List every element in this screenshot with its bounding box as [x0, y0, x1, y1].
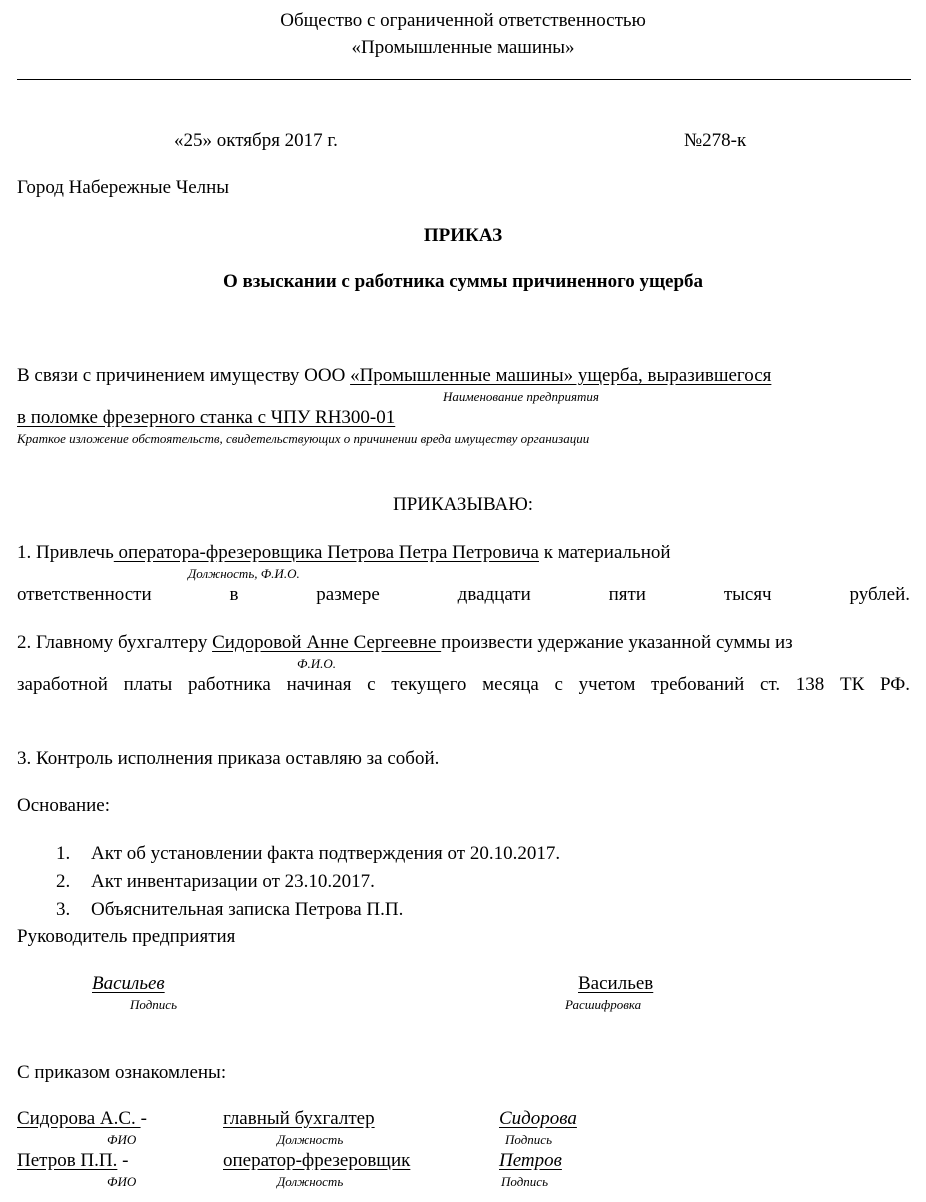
org-name-line1: Общество с ограниченной ответственностью: [0, 10, 926, 32]
intro-line: В связи с причинением имуществу ООО «Про…: [17, 365, 771, 387]
acquainted-name: Сидорова А.С. -: [17, 1108, 147, 1130]
item-1-person: оператора-фрезеровщика Петрова Петра Пет…: [114, 542, 539, 563]
signer-signature: Васильев: [92, 973, 165, 995]
basis-item-text: Акт инвентаризации от 23.10.2017.: [91, 871, 375, 893]
company-caption: Наименование предприятия: [443, 389, 599, 405]
order-number: №278-к: [684, 130, 746, 152]
sign-caption: Подпись: [501, 1174, 548, 1190]
document-title: ПРИКАЗ: [0, 225, 926, 247]
order-date: «25» октября 2017 г.: [174, 130, 338, 152]
basis-item: 2.: [56, 871, 70, 893]
signer-role: Руководитель предприятия: [17, 926, 235, 948]
item-1-line2: ответственности в размере двадцати пяти …: [17, 584, 910, 606]
signature-caption: Подпись: [130, 997, 177, 1013]
circumstances-field: в поломке фрезерного станка с ЧПУ RH300-…: [17, 407, 395, 429]
basis-item-number: 2.: [56, 871, 70, 892]
position-caption: Должность: [277, 1132, 343, 1148]
acquainted-name-value: Сидорова А.С.: [17, 1108, 141, 1129]
basis-item: 3.: [56, 899, 70, 921]
position-caption: Должность: [277, 1174, 343, 1190]
item-1-suffix: к материальной: [539, 542, 671, 563]
basis-item: 1.: [56, 843, 70, 865]
basis-item-number: 1.: [56, 843, 70, 864]
order-word: ПРИКАЗЫВАЮ:: [0, 494, 926, 516]
item-1-prefix: 1. Привлечь: [17, 542, 114, 563]
decode-caption: Расшифровка: [565, 997, 641, 1013]
header-divider: [17, 79, 911, 80]
city: Город Набережные Челны: [17, 177, 229, 199]
org-name-line2: «Промышленные машины»: [0, 37, 926, 59]
acquainted-signature: Сидорова: [499, 1108, 577, 1130]
dash: -: [117, 1150, 128, 1171]
item-2-person: Сидоровой Анне Сергеевне: [212, 632, 441, 653]
basis-label: Основание:: [17, 795, 110, 817]
name-caption: ФИО: [107, 1174, 136, 1190]
item-2-caption: Ф.И.О.: [297, 656, 336, 672]
intro-prefix: В связи с причинением имуществу ООО: [17, 365, 350, 386]
dash: -: [141, 1108, 147, 1129]
item-2-line1: 2. Главному бухгалтеру Сидоровой Анне Се…: [17, 632, 793, 654]
item-3: 3. Контроль исполнения приказа оставляю …: [17, 748, 439, 770]
basis-item-number: 3.: [56, 899, 70, 920]
item-2-prefix: 2. Главному бухгалтеру: [17, 632, 212, 653]
sign-caption: Подпись: [505, 1132, 552, 1148]
document-subtitle: О взыскании с работника суммы причиненно…: [0, 271, 926, 293]
basis-item-text: Акт об установлении факта подтверждения …: [91, 843, 560, 865]
item-2-suffix: произвести удержание указанной суммы из: [441, 632, 792, 653]
acquainted-name: Петров П.П. -: [17, 1150, 128, 1172]
circumstances-caption: Краткое изложение обстоятельств, свидете…: [17, 431, 589, 447]
item-1-line1: 1. Привлечь оператора-фрезеровщика Петро…: [17, 542, 671, 564]
signer-name-decode: Васильев: [578, 973, 653, 995]
name-caption: ФИО: [107, 1132, 136, 1148]
acquainted-position: оператор-фрезеровщик: [223, 1150, 410, 1172]
basis-item-text: Объяснительная записка Петрова П.П.: [91, 899, 403, 921]
acquainted-position: главный бухгалтер: [223, 1108, 375, 1130]
acquainted-label: С приказом ознакомлены:: [17, 1062, 226, 1084]
acquainted-name-value: Петров П.П.: [17, 1150, 117, 1171]
item-1-caption: Должность, Ф.И.О.: [188, 566, 300, 582]
acquainted-signature: Петров: [499, 1150, 562, 1172]
company-field: «Промышленные машины» ущерба, выразившег…: [350, 365, 771, 386]
item-2-line2: заработной платы работника начиная с тек…: [17, 674, 910, 696]
